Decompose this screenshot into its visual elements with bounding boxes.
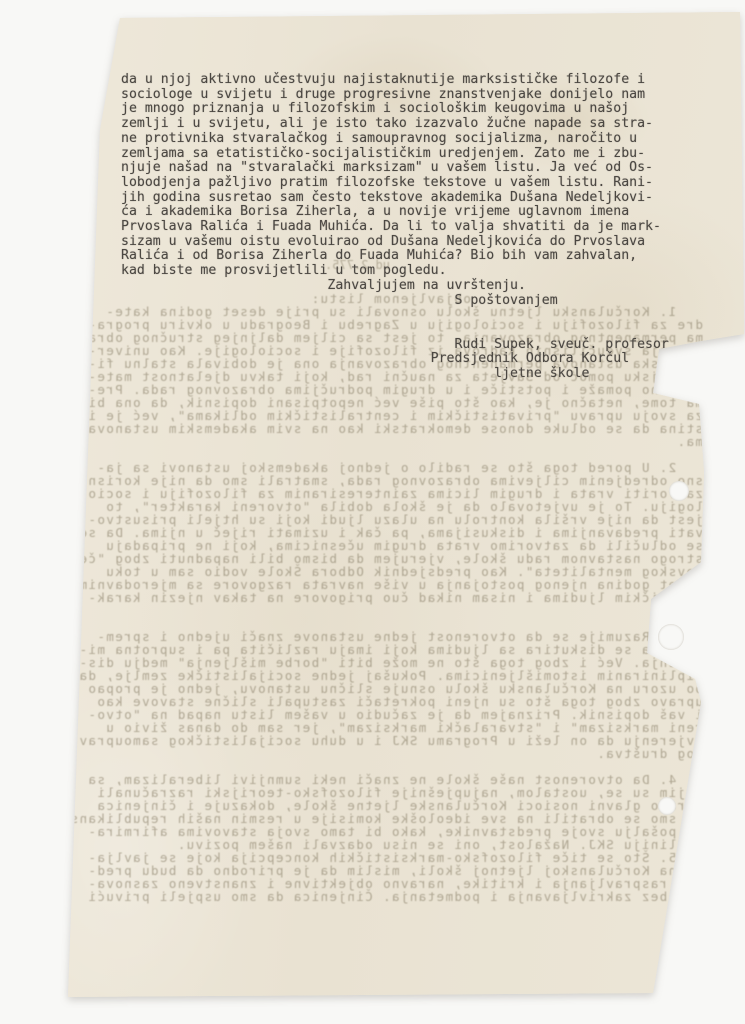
paper-hole <box>669 481 689 501</box>
scanned-letter-page: objavljenom listu: 1. Korčulansku ljetnu… <box>0 0 745 1024</box>
paper-shadow-wrap: objavljenom listu: 1. Korčulansku ljetnu… <box>0 0 745 1024</box>
bleedthrough-reverse-text: objavljenom listu: 1. Korčulansku ljetnu… <box>63 292 703 903</box>
paper-sheet: objavljenom listu: 1. Korčulansku ljetnu… <box>0 0 745 1024</box>
paper-hole <box>658 797 676 815</box>
typewritten-letter-text: da u njoj aktivno učestvuju najistaknuti… <box>121 73 669 382</box>
paper-hole <box>658 624 684 650</box>
